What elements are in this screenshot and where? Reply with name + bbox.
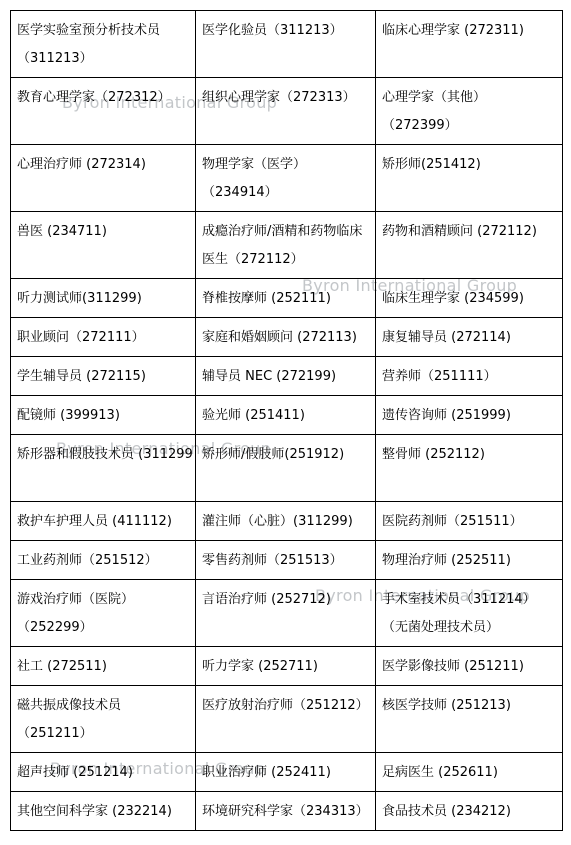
occupation-cell: 磁共振成像技术员（251211） (11, 686, 196, 753)
table-row: 医学实验室预分析技术员（311213）医学化验员（311213）临床心理学家 (… (11, 11, 563, 78)
occupation-cell-line: 整骨师 (252112) (382, 441, 559, 469)
occupation-cell: 核医学技师 (251213) (376, 686, 563, 753)
table-row: 听力测试师(311299)脊椎按摩师 (252111)临床生理学家 (23459… (11, 279, 563, 318)
occupation-cell-line: 零售药剂师（251513） (202, 547, 372, 575)
occupation-cell-line: 康复辅导员 (272114) (382, 324, 559, 352)
occupation-cell: 成瘾治疗师/酒精和药物临床医生（272112） (196, 212, 376, 279)
occupation-cell-line: 医学实验室预分析技术员 (17, 17, 192, 45)
occupation-cell: 医院药剂师（251511） (376, 502, 563, 541)
occupation-cell-line: 救护车护理人员 (411112) (17, 508, 192, 536)
page: { "page": { "background": "#ffffff" }, "… (0, 0, 571, 845)
occupation-cell: 辅导员 NEC (272199) (196, 357, 376, 396)
occupation-cell: 零售药剂师（251513） (196, 541, 376, 580)
table-row: 学生辅导员 (272115)辅导员 NEC (272199)营养师（251111… (11, 357, 563, 396)
occupation-cell: 物理学家（医学）（234914） (196, 145, 376, 212)
occupation-cell: 工业药剂师（251512） (11, 541, 196, 580)
occupation-cell: 社工 (272511) (11, 647, 196, 686)
occupation-cell-line: 游戏治疗师（医院） (17, 586, 192, 614)
occupation-cell: 心理学家（其他）（272399） (376, 78, 563, 145)
occupation-cell: 营养师（251111） (376, 357, 563, 396)
occupation-cell-line: （252299） (17, 614, 192, 642)
table-row: 救护车护理人员 (411112)灌注师（心脏）(311299)医院药剂师（251… (11, 502, 563, 541)
occupation-cell-line: 环境研究科学家（234313） (202, 798, 372, 826)
table-row: 社工 (272511)听力学家 (252711)医学影像技师 (251211) (11, 647, 563, 686)
occupation-cell-line: 配镜师 (399913) (17, 402, 192, 430)
occupation-cell: 超声技师 (251214) (11, 753, 196, 792)
occupation-cell-line: 核医学技师 (251213) (382, 692, 559, 720)
occupation-cell-line: （234914） (202, 179, 372, 207)
occupation-cell-line: 超声技师 (251214) (17, 759, 192, 787)
table-row: 兽医 (234711)成瘾治疗师/酒精和药物临床医生（272112）药物和酒精顾… (11, 212, 563, 279)
occupation-cell-line: 临床心理学家 (272311) (382, 17, 559, 45)
occupation-cell-line: （311213） (17, 45, 192, 73)
occupation-cell-line: 矫形器和假肢技术员 (311299) (17, 441, 192, 469)
occupation-cell: 验光师 (251411) (196, 396, 376, 435)
occupation-cell: 康复辅导员 (272114) (376, 318, 563, 357)
occupation-cell: 医学实验室预分析技术员（311213） (11, 11, 196, 78)
occupation-cell: 兽医 (234711) (11, 212, 196, 279)
table-row: 教育心理学家（272312）组织心理学家（272313）心理学家（其他）（272… (11, 78, 563, 145)
occupation-cell-line: 职业顾问（272111） (17, 324, 192, 352)
occupation-cell: 整骨师 (252112) (376, 435, 563, 502)
occupation-cell-line: 工业药剂师（251512） (17, 547, 192, 575)
occupation-cell: 救护车护理人员 (411112) (11, 502, 196, 541)
occupation-cell: 其他空间科学家 (232214) (11, 792, 196, 831)
occupation-cell-line: 医院药剂师（251511） (382, 508, 559, 536)
occupation-cell-line: 矫形师(251412) (382, 151, 559, 179)
occupation-cell-line: 灌注师（心脏）(311299) (202, 508, 372, 536)
occupation-cell-line: 物理学家（医学） (202, 151, 372, 179)
occupation-cell: 临床生理学家 (234599) (376, 279, 563, 318)
occupation-cell: 矫形师/假肢师(251912) (196, 435, 376, 502)
table-row: 超声技师 (251214)职业治疗师 (252411)足病医生 (252611) (11, 753, 563, 792)
occupation-cell-line: （272399） (382, 112, 559, 140)
occupation-cell-line: （无菌处理技术员） (382, 614, 559, 642)
occupation-cell-line: 言语治疗师 (252712) (202, 586, 372, 614)
occupation-cell-line: 社工 (272511) (17, 653, 192, 681)
occupation-cell: 遗传咨询师 (251999) (376, 396, 563, 435)
occupation-cell: 听力学家 (252711) (196, 647, 376, 686)
occupation-cell: 足病医生 (252611) (376, 753, 563, 792)
occupation-cell-line: 学生辅导员 (272115) (17, 363, 192, 391)
occupation-cell: 家庭和婚姻顾问 (272113) (196, 318, 376, 357)
occupation-cell-line (17, 469, 192, 497)
occupation-cell-line: 教育心理学家（272312） (17, 84, 192, 112)
table-row: 矫形器和假肢技术员 (311299) 矫形师/假肢师(251912)整骨师 (2… (11, 435, 563, 502)
occupation-cell-line: 矫形师/假肢师(251912) (202, 441, 372, 469)
occupation-cell: 配镜师 (399913) (11, 396, 196, 435)
occupation-cell-line: 家庭和婚姻顾问 (272113) (202, 324, 372, 352)
occupation-cell: 职业治疗师 (252411) (196, 753, 376, 792)
occupation-cell: 医学影像技师 (251211) (376, 647, 563, 686)
table-row: 职业顾问（272111）家庭和婚姻顾问 (272113)康复辅导员 (27211… (11, 318, 563, 357)
occupation-cell-line: 脊椎按摩师 (252111) (202, 285, 372, 313)
occupation-table-body: 医学实验室预分析技术员（311213）医学化验员（311213）临床心理学家 (… (11, 11, 563, 831)
occupation-cell-line: 食品技术员 (234212) (382, 798, 559, 826)
occupation-cell-line: 其他空间科学家 (232214) (17, 798, 192, 826)
occupation-table: 医学实验室预分析技术员（311213）医学化验员（311213）临床心理学家 (… (10, 10, 563, 831)
occupation-cell: 组织心理学家（272313） (196, 78, 376, 145)
occupation-cell: 心理治疗师 (272314) (11, 145, 196, 212)
occupation-cell-line: 职业治疗师 (252411) (202, 759, 372, 787)
occupation-cell: 灌注师（心脏）(311299) (196, 502, 376, 541)
occupation-cell-line: 医疗放射治疗师（251212） (202, 692, 372, 720)
occupation-cell: 教育心理学家（272312） (11, 78, 196, 145)
occupation-cell-line: 兽医 (234711) (17, 218, 192, 246)
table-row: 心理治疗师 (272314)物理学家（医学）（234914）矫形师(251412… (11, 145, 563, 212)
occupation-table-container: 医学实验室预分析技术员（311213）医学化验员（311213）临床心理学家 (… (10, 10, 563, 831)
occupation-cell-line: 验光师 (251411) (202, 402, 372, 430)
occupation-cell-line: 足病医生 (252611) (382, 759, 559, 787)
table-row: 工业药剂师（251512）零售药剂师（251513）物理治疗师 (252511) (11, 541, 563, 580)
occupation-cell: 脊椎按摩师 (252111) (196, 279, 376, 318)
occupation-cell-line: 药物和酒精顾问 (272112) (382, 218, 559, 246)
occupation-cell-line: （251211） (17, 720, 192, 748)
occupation-cell-line: 心理治疗师 (272314) (17, 151, 192, 179)
occupation-cell: 临床心理学家 (272311) (376, 11, 563, 78)
occupation-cell-line: 医学化验员（311213） (202, 17, 372, 45)
occupation-cell-line: 辅导员 NEC (272199) (202, 363, 372, 391)
occupation-cell: 职业顾问（272111） (11, 318, 196, 357)
occupation-cell: 矫形师(251412) (376, 145, 563, 212)
occupation-cell: 药物和酒精顾问 (272112) (376, 212, 563, 279)
occupation-cell-line: 医学影像技师 (251211) (382, 653, 559, 681)
occupation-cell: 环境研究科学家（234313） (196, 792, 376, 831)
table-row: 游戏治疗师（医院）（252299）言语治疗师 (252712)手术室技术员（31… (11, 580, 563, 647)
occupation-cell-line: 听力测试师(311299) (17, 285, 192, 313)
occupation-cell-line: 遗传咨询师 (251999) (382, 402, 559, 430)
occupation-cell: 食品技术员 (234212) (376, 792, 563, 831)
occupation-cell: 手术室技术员（311214）（无菌处理技术员） (376, 580, 563, 647)
occupation-cell: 听力测试师(311299) (11, 279, 196, 318)
occupation-cell-line: 听力学家 (252711) (202, 653, 372, 681)
occupation-cell-line: 医生（272112） (202, 246, 372, 274)
occupation-cell-line: 成瘾治疗师/酒精和药物临床 (202, 218, 372, 246)
occupation-cell: 学生辅导员 (272115) (11, 357, 196, 396)
table-row: 配镜师 (399913)验光师 (251411)遗传咨询师 (251999) (11, 396, 563, 435)
occupation-cell-line: 物理治疗师 (252511) (382, 547, 559, 575)
occupation-cell-line: 营养师（251111） (382, 363, 559, 391)
table-row: 磁共振成像技术员（251211）医疗放射治疗师（251212）核医学技师 (25… (11, 686, 563, 753)
occupation-cell: 物理治疗师 (252511) (376, 541, 563, 580)
occupation-cell: 医疗放射治疗师（251212） (196, 686, 376, 753)
occupation-cell: 言语治疗师 (252712) (196, 580, 376, 647)
occupation-cell-line: 手术室技术员（311214） (382, 586, 559, 614)
occupation-cell-line: 组织心理学家（272313） (202, 84, 372, 112)
occupation-cell-line: 心理学家（其他） (382, 84, 559, 112)
table-row: 其他空间科学家 (232214)环境研究科学家（234313）食品技术员 (23… (11, 792, 563, 831)
occupation-cell: 游戏治疗师（医院）（252299） (11, 580, 196, 647)
occupation-cell-line: 磁共振成像技术员 (17, 692, 192, 720)
occupation-cell-line: 临床生理学家 (234599) (382, 285, 559, 313)
occupation-cell: 医学化验员（311213） (196, 11, 376, 78)
occupation-cell: 矫形器和假肢技术员 (311299) (11, 435, 196, 502)
